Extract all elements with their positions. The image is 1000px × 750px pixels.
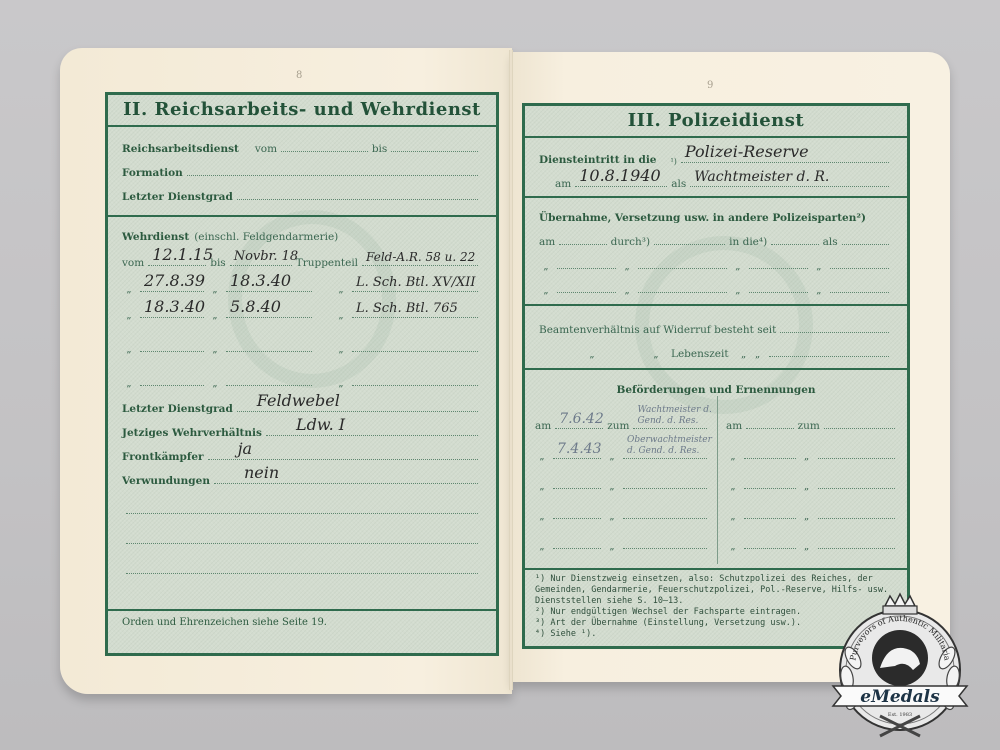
promotion-zum-label: zum <box>798 420 820 432</box>
ditto-mark: „ <box>605 481 619 492</box>
transfer-am-label: am <box>539 236 555 248</box>
ditto-mark: „ <box>649 349 663 360</box>
promotions-heading: Beförderungen und Ernennungen <box>525 370 907 396</box>
page-number-left: 8 <box>296 70 302 81</box>
promotions-right-column: am zum „ „ „ „ „ „ „ „ <box>718 396 907 564</box>
civil-servant-section: Beamtenverhältnis auf Widerruf besteht s… <box>525 306 907 370</box>
promotion-date-field[interactable] <box>744 487 796 489</box>
last-rank-field[interactable]: Feldwebel <box>237 410 478 412</box>
ditto-mark: „ <box>731 285 745 296</box>
rad-section: Reichsarbeitsdienst vom bis Formation Le… <box>108 127 496 217</box>
wehrdienst-to-field[interactable]: 5.8.40 <box>226 316 312 318</box>
wounds-label: Verwundungen <box>122 475 210 487</box>
ditto-mark: „ <box>535 511 549 522</box>
formation-field[interactable] <box>187 174 478 176</box>
formation-row: Formation <box>108 155 496 179</box>
wehrdienst-from-label: vom <box>122 257 144 269</box>
promotion-am-label: am <box>535 420 551 432</box>
transfer-as-field[interactable] <box>842 243 889 245</box>
entry-date-field[interactable]: 10.8.1940 <box>575 185 667 187</box>
footnote-ref: ¹) <box>671 157 677 166</box>
transfer-into-field[interactable] <box>771 243 818 245</box>
emedals-logo: Purveyors of Authentic Militaria eMedals… <box>825 588 975 738</box>
transfer-by-field[interactable] <box>638 267 727 269</box>
ditto-mark: „ <box>122 378 136 389</box>
promotions-columns: am 7.6.42 zum Wachtmeister d. Gend. d. R… <box>525 396 907 564</box>
promotion-rank-field[interactable]: Wachtmeister d. Gend. d. Res. <box>633 427 707 429</box>
ditto-mark: „ <box>535 481 549 492</box>
ditto-mark: „ <box>585 349 599 360</box>
promotion-row: „ „ <box>525 462 717 492</box>
wehrdienst-entry-row: „ 27.8.39 „ 18.3.40 „ L. Sch. Btl. XV/XI… <box>108 269 496 295</box>
rad-row: Reichsarbeitsdienst vom bis <box>108 131 496 155</box>
promotion-row: „ „ <box>718 522 907 552</box>
promotion-rank-field[interactable] <box>824 427 895 429</box>
blank-row <box>108 517 496 547</box>
ditto-mark: „ <box>726 481 740 492</box>
ditto-mark: „ <box>620 261 634 272</box>
entry-rank-field[interactable]: Wachtmeister d. R. <box>690 185 889 187</box>
promotion-row: „ „ <box>525 492 717 522</box>
section-iii-header: III. Polizeidienst <box>525 106 907 138</box>
promotion-date-field[interactable] <box>553 487 601 489</box>
blank-line-field[interactable] <box>126 542 478 544</box>
wehrdienst-unit-field[interactable] <box>352 384 478 386</box>
section-iii-title: III. Polizeidienst <box>525 106 907 136</box>
wehrdienst-from-field[interactable] <box>140 384 204 386</box>
ditto-mark: „ <box>812 285 826 296</box>
wehrdienst-unit-field[interactable]: L. Sch. Btl. 765 <box>352 316 478 318</box>
transfer-by-field[interactable] <box>638 291 727 293</box>
transfer-row: am durch³) in die⁴) als <box>525 224 907 248</box>
ditto-mark: „ <box>751 349 765 360</box>
transfer-into-field[interactable] <box>749 267 808 269</box>
page-number-right: 9 <box>707 80 713 91</box>
promotion-am-label: am <box>726 420 742 432</box>
lifetime-row: „ „ Lebenszeit „ „ <box>525 336 907 360</box>
wehrdienst-from-field[interactable]: 12.1.15 <box>148 264 206 266</box>
wehrdienst-to-field[interactable] <box>226 384 312 386</box>
promotion-date-field[interactable] <box>746 427 793 429</box>
rad-last-rank-field[interactable] <box>237 198 478 200</box>
transfer-heading: Übernahme, Versetzung usw. in andere Pol… <box>539 212 866 224</box>
wehrdienst-entry-row: „ „ „ <box>108 321 496 355</box>
ditto-mark: „ <box>605 451 619 462</box>
wounds-row: Verwundungen nein <box>108 463 496 487</box>
wounds-field[interactable]: nein <box>214 482 478 484</box>
rad-to-label: bis <box>372 143 387 155</box>
section-iii-form: III. Polizeidienst Diensteintritt in die… <box>522 103 910 649</box>
ditto-mark: „ <box>605 511 619 522</box>
promotion-row: „ 7.4.43 „ Oberwachtmeister d. Gend. d. … <box>525 432 717 462</box>
promotion-rank-field[interactable] <box>623 517 707 519</box>
promotion-rank-field[interactable] <box>818 547 895 549</box>
transfer-into-field[interactable] <box>749 291 808 293</box>
promotion-date-field[interactable]: 7.4.43 <box>553 457 601 459</box>
ditto-mark: „ <box>535 541 549 552</box>
wehrdienst-to-field[interactable]: 18.3.40 <box>226 290 312 292</box>
ditto-mark: „ <box>726 451 740 462</box>
ditto-mark: „ <box>535 451 549 462</box>
wehrdienst-entry-row: „ 18.3.40 „ 5.8.40 „ L. Sch. Btl. 765 <box>108 295 496 321</box>
ditto-mark: „ <box>334 310 348 321</box>
rad-to-field[interactable] <box>391 150 478 152</box>
promotion-rank-field[interactable] <box>818 517 895 519</box>
ditto-mark: „ <box>334 378 348 389</box>
section-ii-header: II. Reichsarbeits- und Wehrdienst <box>108 95 496 127</box>
transfer-row: „ „ „ „ <box>525 272 907 296</box>
ditto-mark: „ <box>737 349 751 360</box>
military-status-label: Jetziges Wehrverhältnis <box>122 427 262 439</box>
entry-section: Diensteintritt in die ¹) Polizei-Reserve… <box>525 138 907 198</box>
section-ii-title: II. Reichsarbeits- und Wehrdienst <box>108 95 496 125</box>
transfer-section: Übernahme, Versetzung usw. in andere Pol… <box>525 198 907 306</box>
transfer-as-field[interactable] <box>830 291 889 293</box>
wehrdienst-from-field[interactable]: 18.3.40 <box>140 316 204 318</box>
section-ii-form: II. Reichsarbeits- und Wehrdienst Reichs… <box>105 92 499 656</box>
wehrdienst-from-field[interactable]: 27.8.39 <box>140 290 204 292</box>
emedals-brand-text: eMedals <box>860 687 940 707</box>
transfer-row: „ „ „ „ <box>525 248 907 272</box>
wehrdienst-unit-field[interactable]: L. Sch. Btl. XV/XII <box>352 290 478 292</box>
last-rank-label: Letzter Dienstgrad <box>122 403 233 415</box>
ditto-mark: „ <box>334 284 348 295</box>
front-fighter-field[interactable]: ja <box>208 458 478 460</box>
wehrdienst-unit-label: Truppenteil <box>296 257 358 269</box>
wehrdienst-heading-note: (einschl. Feldgendarmerie) <box>194 231 338 243</box>
ditto-mark: „ <box>800 511 814 522</box>
blank-row <box>108 547 496 577</box>
wehrdienst-to-field[interactable]: Novbr. 18 <box>230 264 292 266</box>
wehrdienst-entry-row: vom 12.1.15 bis Novbr. 18 Truppenteil Fe… <box>108 243 496 269</box>
rad-last-rank-row: Letzter Dienstgrad <box>108 179 496 203</box>
ditto-mark: „ <box>812 261 826 272</box>
promotion-row: „ „ <box>718 462 907 492</box>
transfer-by-field[interactable] <box>654 243 725 245</box>
promotion-rank-field[interactable] <box>818 487 895 489</box>
promotion-date-field[interactable]: 7.6.42 <box>555 427 603 429</box>
promotion-row: „ „ <box>718 432 907 462</box>
promotion-date-field[interactable] <box>744 457 796 459</box>
ditto-mark: „ <box>620 285 634 296</box>
military-status-field[interactable]: Ldw. I <box>266 434 478 436</box>
wehrdienst-from-field[interactable] <box>140 350 204 352</box>
promotion-row: „ „ <box>718 492 907 522</box>
blank-line-field[interactable] <box>126 512 478 514</box>
wehrdienst-entry-row: „ „ „ <box>108 355 496 389</box>
ditto-mark: „ <box>208 284 222 295</box>
ditto-mark: „ <box>539 261 553 272</box>
rad-last-rank-label: Letzter Dienstgrad <box>122 191 233 203</box>
transfer-by-label: durch³) <box>611 236 650 248</box>
revocable-label: Beamtenverhältnis auf Widerruf besteht s… <box>539 324 776 336</box>
transfer-date-field[interactable] <box>559 243 606 245</box>
wehrdienst-heading: Wehrdienst <box>122 231 189 243</box>
ditto-mark: „ <box>208 378 222 389</box>
ditto-mark: „ <box>122 310 136 321</box>
promotions-section: Beförderungen und Ernennungen am 7.6.42 … <box>525 370 907 570</box>
ditto-mark: „ <box>800 481 814 492</box>
promotion-row: am 7.6.42 zum Wachtmeister d. Gend. d. R… <box>525 402 717 432</box>
service-entry-label: Diensteintritt in die <box>539 154 657 166</box>
wehrdienst-unit-field[interactable]: Feld-A.R. 58 u. 22 <box>362 264 478 266</box>
entry-date-row: am 10.8.1940 als Wachtmeister d. R. <box>525 166 907 190</box>
ditto-mark: „ <box>208 344 222 355</box>
front-fighter-row: Frontkämpfer ja <box>108 439 496 463</box>
promotions-left-column: am 7.6.42 zum Wachtmeister d. Gend. d. R… <box>525 396 718 564</box>
decorations-note: Orden und Ehrenzeichen siehe Seite 19. <box>108 611 496 634</box>
ditto-mark: „ <box>731 261 745 272</box>
service-entry-row: Diensteintritt in die ¹) Polizei-Reserve <box>525 140 907 166</box>
lifetime-field[interactable] <box>769 355 889 357</box>
promotion-date-field[interactable] <box>744 517 796 519</box>
emedals-badge-icon: Purveyors of Authentic Militaria eMedals… <box>825 588 975 738</box>
rad-from-field[interactable] <box>281 150 368 152</box>
ditto-mark: „ <box>605 541 619 552</box>
book-gutter <box>509 50 513 690</box>
military-status-row: Jetziges Wehrverhältnis Ldw. I <box>108 415 496 439</box>
promotion-date-field[interactable] <box>553 517 601 519</box>
promotion-date-field[interactable] <box>744 547 796 549</box>
ditto-mark: „ <box>539 285 553 296</box>
transfer-as-label: als <box>823 236 838 248</box>
wehrdienst-to-field[interactable] <box>226 350 312 352</box>
ditto-mark: „ <box>726 541 740 552</box>
rad-from-label: vom <box>255 143 277 155</box>
transfer-heading-row: Übernahme, Versetzung usw. in andere Pol… <box>525 202 907 224</box>
ditto-mark: „ <box>800 541 814 552</box>
transfer-as-field[interactable] <box>830 267 889 269</box>
ditto-mark: „ <box>208 310 222 321</box>
formation-label: Formation <box>122 167 183 179</box>
ditto-mark: „ <box>122 344 136 355</box>
transfer-date-field[interactable] <box>557 291 616 293</box>
lifetime-label: Lebenszeit <box>671 348 729 360</box>
promotion-rank-field[interactable]: Oberwachtmeister d. Gend. d. Res. <box>623 457 707 459</box>
ditto-mark: „ <box>334 344 348 355</box>
transfer-date-field[interactable] <box>557 267 616 269</box>
entry-date-label: am <box>555 178 571 190</box>
ditto-mark: „ <box>726 511 740 522</box>
promotion-rank-field[interactable] <box>623 487 707 489</box>
promotion-date-field[interactable] <box>553 547 601 549</box>
promotion-rank-field[interactable] <box>623 547 707 549</box>
wehrdienst-unit-field[interactable] <box>352 350 478 352</box>
promotion-row: am zum <box>718 402 907 432</box>
blank-row <box>108 487 496 517</box>
revocable-field[interactable] <box>780 331 889 333</box>
entry-as-label: als <box>671 178 686 190</box>
front-fighter-label: Frontkämpfer <box>122 451 204 463</box>
ditto-mark: „ <box>800 451 814 462</box>
wehrdienst-section: Wehrdienst (einschl. Feldgendarmerie) vo… <box>108 217 496 611</box>
blank-line-field[interactable] <box>126 572 478 574</box>
rad-label: Reichsarbeitsdienst <box>122 143 239 155</box>
ditto-mark: „ <box>122 284 136 295</box>
revocable-row: Beamtenverhältnis auf Widerruf besteht s… <box>525 312 907 336</box>
service-branch-field[interactable]: Polizei-Reserve <box>681 161 889 163</box>
last-rank-row: Letzter Dienstgrad Feldwebel <box>108 389 496 415</box>
wehrdienst-heading-row: Wehrdienst (einschl. Feldgendarmerie) <box>108 223 496 243</box>
promotion-row: „ „ <box>525 522 717 552</box>
emedals-est-text: Est. 1983 <box>888 712 912 718</box>
promotion-rank-field[interactable] <box>818 457 895 459</box>
transfer-into-label: in die⁴) <box>729 236 767 248</box>
promotion-zum-label: zum <box>607 420 629 432</box>
